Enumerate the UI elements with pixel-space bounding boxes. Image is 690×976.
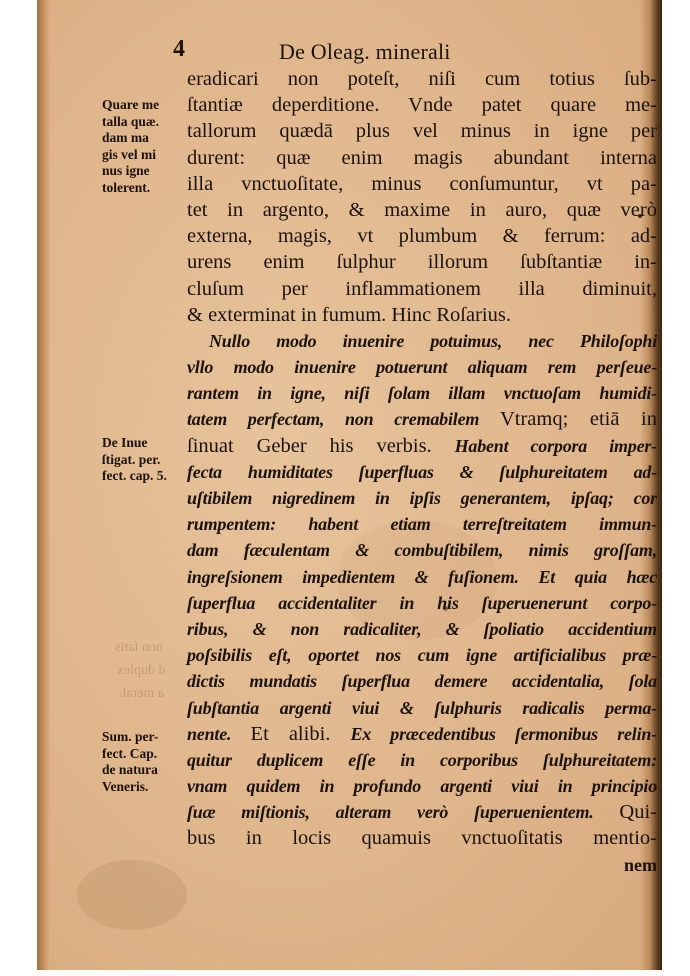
italic-quote-text: fecta humiditates ſuperfluas & ſulphurei… [187, 462, 657, 482]
text-line: ſuperflua accidentaliter in his ſuperuen… [187, 590, 657, 616]
catchword: nem [187, 852, 657, 878]
text-line: rumpentem: habent etiam terreſtreitatem … [187, 511, 657, 537]
italic-quote-text: rantem in igne, niſi ſolam illam vnctuoſ… [187, 383, 657, 403]
italic-quote-text: Ex præcedentibus ſermonibus relin- [350, 724, 657, 744]
italic-quote-text: tatem perfectam, non cremabilem [187, 409, 500, 429]
italic-quote-text: ingreſsionem impedientem & fuſionem. Et … [187, 567, 657, 587]
roman-text: tet in argento, & maxime in auro, quæ ve… [187, 199, 657, 221]
margin-note-line: dam ma [102, 130, 186, 147]
page-gutter-edge [37, 0, 50, 970]
text-line: ſtantiæ deperditione. Vnde patet quare m… [187, 92, 657, 118]
paper-stain [77, 860, 187, 930]
text-line: ſinuat Geber his verbis. Habent corpora … [187, 433, 657, 459]
italic-quote-text: ſubſtantia argenti viui & ſulphuris radi… [187, 698, 657, 718]
italic-quote-text: Nullo modo inuenire potuimus, nec Philoſ… [209, 331, 657, 351]
italic-quote-text: uſtibilem nigredinem in ipſis generantem… [187, 488, 657, 508]
margin-note-line: Veneris. [102, 779, 186, 796]
margin-note: De Inueſtigat. per.fect. cap. 5. [102, 435, 186, 485]
text-line: rantem in igne, niſi ſolam illam vnctuoſ… [187, 380, 657, 406]
book-page: non ſatis d duplex a meral. 4 De Oleag. … [37, 0, 662, 970]
roman-text: externa, magis, vt plumbum & ferrum: ad- [187, 225, 657, 247]
margin-note-line: nus igne [102, 163, 186, 180]
roman-text: durent: quæ enim magis abundant interna [187, 147, 657, 169]
text-line: nente. Et alibi. Ex præcedentibus ſermon… [187, 721, 657, 747]
margin-note-line: talla quæ. [102, 114, 186, 131]
text-line: bus in locis quamuis vnctuoſitatis menti… [187, 825, 657, 851]
text-line: illa vnctuoſitate, minus conſumuntur, vt… [187, 171, 657, 197]
roman-text: ſinuat Geber his verbis. [187, 435, 455, 457]
italic-quote-text: Habent corpora imper- [455, 436, 657, 456]
roman-text: tallorum quædā plus vel minus in igne pe… [187, 120, 657, 142]
running-title: De Oleag. minerali [279, 39, 451, 65]
margin-note-line: Sum. per- [102, 729, 186, 746]
text-line: durent: quæ enim magis abundant interna [187, 145, 657, 171]
italic-quote-text: dam fæculentam & combuſtibilem, nimis gr… [187, 540, 657, 560]
text-line: vllo modo inuenire potuerunt aliquam rem… [187, 354, 657, 380]
text-line: uſtibilem nigredinem in ipſis generantem… [187, 485, 657, 511]
body-text: eradicari non poteſt, niſi cum totius ſu… [187, 66, 657, 878]
margin-note-line: gis vel mi [102, 147, 186, 164]
text-line: quitur duplicem eſſe in corporibus ſulph… [187, 747, 657, 773]
text-line: ſuæ miſtionis, alteram verò ſuperuenient… [187, 799, 657, 825]
text-line: externa, magis, vt plumbum & ferrum: ad- [187, 223, 657, 249]
text-line: ingreſsionem impedientem & fuſionem. Et … [187, 564, 657, 590]
text-line: Nullo modo inuenire potuimus, nec Philoſ… [187, 328, 657, 354]
margin-note-line: tolerent. [102, 180, 186, 197]
italic-quote-text: dictis mundatis ſuperflua demere acciden… [187, 671, 657, 691]
text-line: vnam quidem in profundo argenti viui in … [187, 773, 657, 799]
text-line: ſubſtantia argenti viui & ſulphuris radi… [187, 695, 657, 721]
italic-quote-text: vllo modo inuenire potuerunt aliquam rem… [187, 357, 657, 377]
show-through-text: non ſatis [115, 640, 163, 656]
margin-note-line: de natura [102, 762, 186, 779]
italic-quote-text: rumpentem: habent etiam terreſtreitatem … [187, 514, 657, 534]
text-line: tatem perfectam, non cremabilem Vtramq; … [187, 406, 657, 432]
italic-quote-text: vnam quidem in profundo argenti viui in … [187, 776, 657, 796]
italic-quote-text: ſuperflua accidentaliter in his ſuperuen… [187, 593, 657, 613]
margin-note: Sum. per-fect. Cap.de naturaVeneris. [102, 729, 186, 795]
roman-text: & exterminat in fumum. Hinc Roſarius. [187, 304, 511, 326]
show-through-text: a meral. [119, 686, 164, 702]
text-line: eradicari non poteſt, niſi cum totius ſu… [187, 66, 657, 92]
text-line: & exterminat in fumum. Hinc Roſarius. [187, 302, 657, 328]
margin-note-line: fect. Cap. [102, 746, 186, 763]
margin-note-line: fect. cap. 5. [102, 468, 186, 485]
roman-text: Et alibi. [251, 723, 351, 745]
roman-text: eradicari non poteſt, niſi cum totius ſu… [187, 68, 657, 90]
text-line: ribus, & non radicaliter, & ſpoliatio ac… [187, 616, 657, 642]
text-line: tallorum quædā plus vel minus in igne pe… [187, 118, 657, 144]
margin-note-line: ſtigat. per. [102, 452, 186, 469]
show-through-text: d duplex [117, 663, 166, 679]
text-line: dam fæculentam & combuſtibilem, nimis gr… [187, 537, 657, 563]
italic-quote-text: ſuæ miſtionis, alteram verò ſuperuenient… [187, 802, 619, 822]
margin-note: Quare metalla quæ.dam magis vel minus ig… [102, 97, 186, 196]
roman-text: Vtramq; etiā in [500, 408, 657, 430]
roman-text: Qui- [619, 801, 657, 823]
page-number: 4 [173, 36, 185, 63]
text-line: tet in argento, & maxime in auro, quæ ve… [187, 197, 657, 223]
italic-quote-text: poſsibilis eſt, oportet nos cum igne art… [187, 645, 657, 665]
margin-note-line: Quare me [102, 97, 186, 114]
italic-quote-text: quitur duplicem eſſe in corporibus ſulph… [187, 750, 657, 770]
text-line: dictis mundatis ſuperflua demere acciden… [187, 668, 657, 694]
italic-quote-text: ribus, & non radicaliter, & ſpoliatio ac… [187, 619, 657, 639]
roman-text: ſtantiæ deperditione. Vnde patet quare m… [187, 94, 657, 116]
roman-text: urens enim ſulphur illorum ſubſtantiæ in… [187, 251, 657, 273]
text-line: cluſum per inflammationem illa diminuit, [187, 276, 657, 302]
italic-quote-text: nente. [187, 724, 251, 744]
roman-text: illa vnctuoſitate, minus conſumuntur, vt… [187, 173, 657, 195]
text-line: fecta humiditates ſuperfluas & ſulphurei… [187, 459, 657, 485]
roman-text: bus in locis quamuis vnctuoſitatis menti… [187, 827, 657, 849]
running-head: 4 De Oleag. minerali [37, 36, 662, 66]
margin-note-line: De Inue [102, 435, 186, 452]
text-line: urens enim ſulphur illorum ſubſtantiæ in… [187, 249, 657, 275]
text-line: poſsibilis eſt, oportet nos cum igne art… [187, 642, 657, 668]
roman-text: cluſum per inflammationem illa diminuit, [187, 278, 657, 300]
